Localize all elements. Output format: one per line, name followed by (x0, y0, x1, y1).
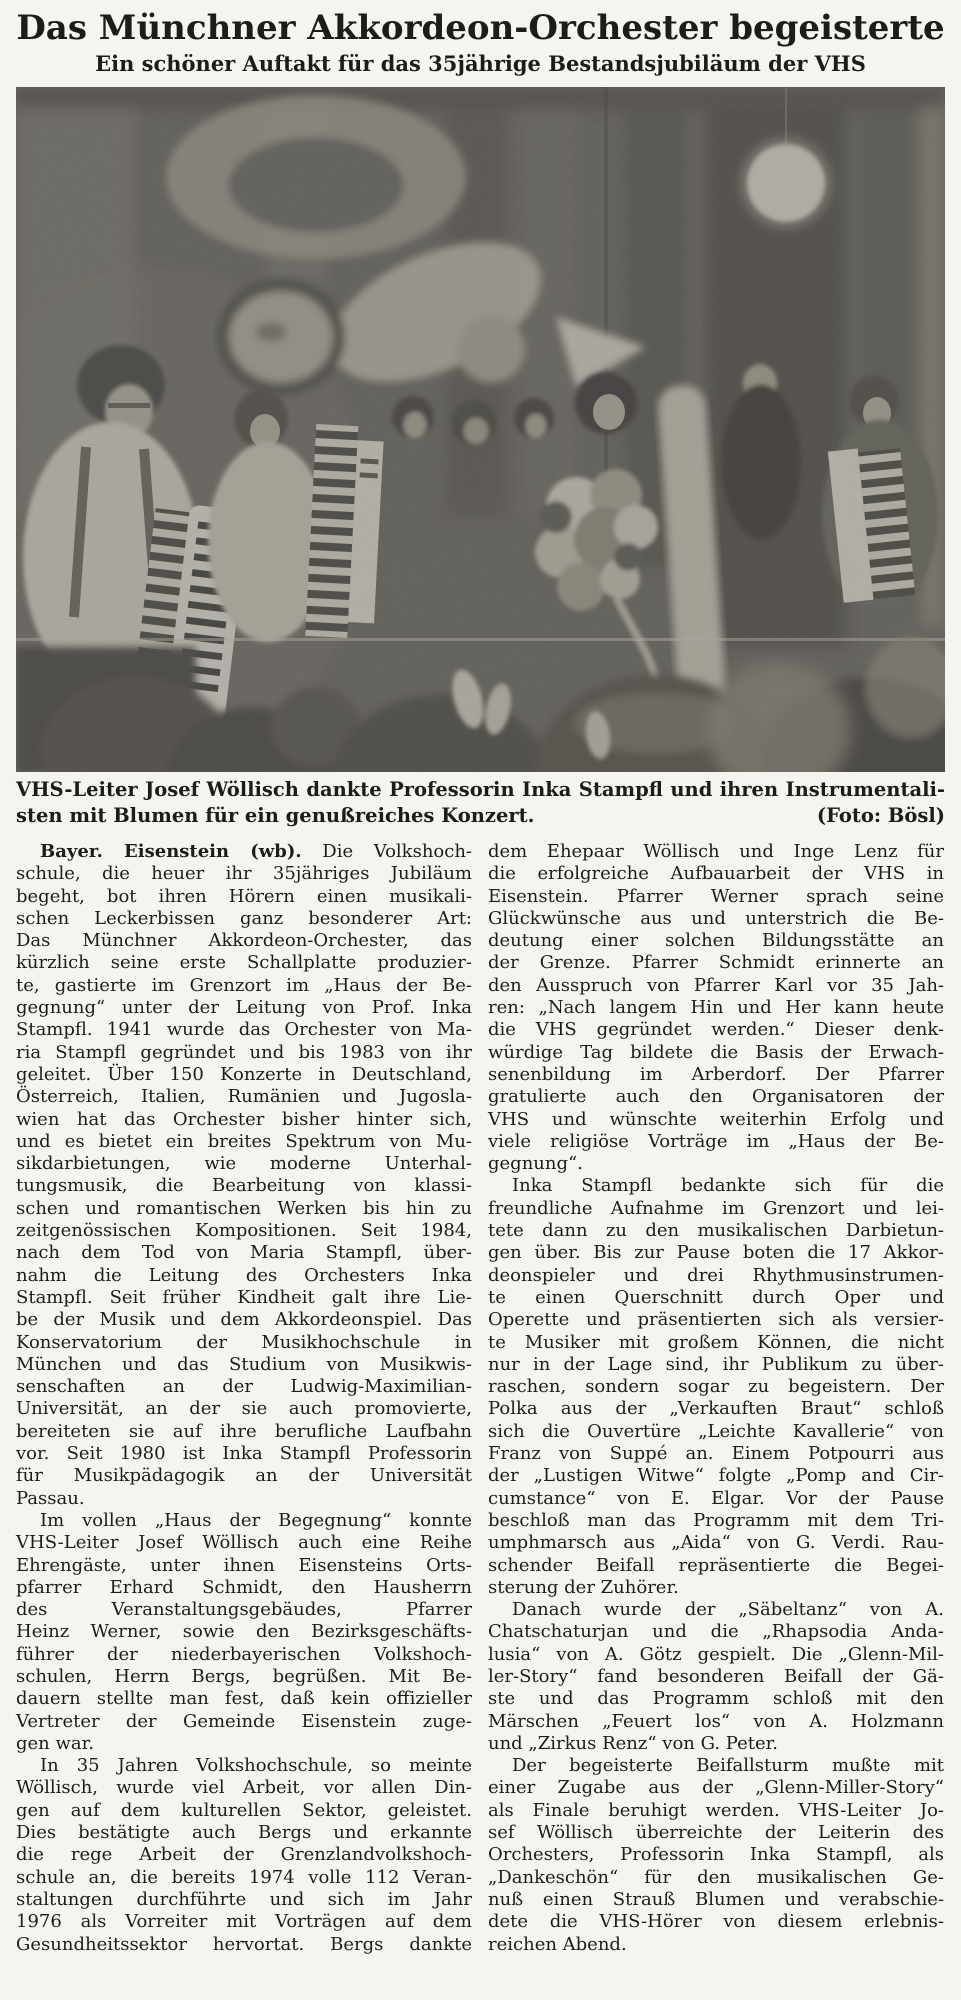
article-line: ria Stampfl gegründet und bis 1983 von i… (16, 1042, 472, 1064)
photo-caption: VHS-Leiter Josef Wöllisch dankte Profess… (16, 777, 945, 829)
dateline: Bayer. Eisenstein (wb). (40, 841, 302, 862)
article-line: nur in der Lage sind, ihr Publikum zu üb… (488, 1354, 944, 1376)
article-line: Ehrengäste, unter ihnen Eisensteins Orts… (16, 1555, 472, 1577)
article-line: schulen, Herrn Bergs, begrüßen. Mit Be- (16, 1666, 472, 1688)
article-line: nach dem Tod von Maria Stampfl, über- (16, 1242, 472, 1264)
article-line: cumstance“ von E. Elgar. Vor der Pause (488, 1488, 944, 1510)
newspaper-page: Das Münchner Akkordeon-Orchester begeist… (0, 0, 961, 1956)
article-line: Stampfl. 1941 wurde das Orchester von Ma… (16, 1019, 472, 1041)
article-line: für Musikpädagogik an der Universität (16, 1465, 472, 1487)
article-line: schule, die heuer ihr 35jähriges Jubiläu… (16, 863, 472, 885)
article-line: Eisenstein. Pfarrer Werner sprach seine (488, 886, 944, 908)
article-line: te einen Querschnitt durch Oper und (488, 1287, 944, 1309)
article-line: Glückwünsche aus und unterstrich die Be- (488, 908, 944, 930)
article-line: „Dankeschön“ für den musikalischen Ge- (488, 1867, 944, 1889)
article-line: Vertreter der Gemeinde Eisenstein zuge- (16, 1711, 472, 1733)
concert-photo-illustration (16, 87, 945, 772)
article-line: führer der niederbayerischen Volkshoch- (16, 1644, 472, 1666)
article-line: Bayer. Eisenstein (wb). Die Volkshoch- (16, 841, 472, 863)
article-line: tete dann zu den musikalischen Darbietun… (488, 1220, 944, 1242)
photo-caption-line2: sten mit Blumen für ein genußreiches Kon… (16, 803, 534, 829)
article-line: tungsmusik, die Bearbeitung von klassi- (16, 1175, 472, 1197)
article-line: der Grenze. Pfarrer Schmidt erinnerte an (488, 952, 944, 974)
article-line: Konservatorium der Musikhochschule in (16, 1332, 472, 1354)
article-line: Gesundheitssektor hervortat. Bergs dankt… (16, 1934, 472, 1956)
article-line: Operette und präsentierten sich als vers… (488, 1309, 944, 1331)
article-line: deonspieler und drei Rhythmusinstrumen- (488, 1265, 944, 1287)
article-line: schender Beifall repräsentierte die Bege… (488, 1555, 944, 1577)
article-line: VHS-Leiter Josef Wöllisch auch eine Reih… (16, 1532, 472, 1554)
article-line: staltungen durchführte und sich im Jahr (16, 1889, 472, 1911)
article-line: Österreich, Italien, Rumänien und Jugosl… (16, 1086, 472, 1108)
article-line: ren: „Nach langem Hin und Her kann heute (488, 997, 944, 1019)
article-line: dete die VHS-Hörer von diesem erlebnis- (488, 1911, 944, 1933)
article-line: lusia“ von A. Götz gespielt. Die „Glenn-… (488, 1644, 944, 1666)
article-line: VHS und wünschte weiterhin Erfolg und (488, 1109, 944, 1131)
article-line: Märschen „Feuert los“ von A. Holzmann (488, 1711, 944, 1733)
article-line: vor. Seit 1980 ist Inka Stampfl Professo… (16, 1443, 472, 1465)
article-line: Orchesters, Professorin Inka Stampfl, al… (488, 1844, 944, 1866)
article-line: begeht, bot ihren Hörern einen musikali- (16, 886, 472, 908)
article-line: be der Musik und dem Akkordeonspiel. Das (16, 1309, 472, 1331)
article-line: geleitet. Über 150 Konzerte in Deutschla… (16, 1064, 472, 1086)
article-line: Im vollen „Haus der Begegnung“ konnte (16, 1510, 472, 1532)
article-line: und „Zirkus Renz“ von G. Peter. (488, 1733, 944, 1755)
article-line: Chatschaturjan und die „Rhapsodia Anda- (488, 1621, 944, 1643)
article-line: die VHS gegründet werden.“ Dieser denk- (488, 1019, 944, 1041)
subheadline: Ein schöner Auftakt für das 35jährige Be… (16, 51, 945, 77)
article-line: pfarrer Erhard Schmidt, den Hausherrn (16, 1577, 472, 1599)
article-line: und es bietet ein breites Spektrum von M… (16, 1131, 472, 1153)
article-line: 1976 als Vorreiter mit Vorträgen auf dem (16, 1911, 472, 1933)
article-line: Franz von Suppé an. Einem Potpourri aus (488, 1443, 944, 1465)
article-line: Das Münchner Akkordeon-Orchester, das (16, 930, 472, 952)
article-line: Inka Stampfl bedankte sich für die (488, 1175, 944, 1197)
article-line: viele religiöse Vorträge im „Haus der Be… (488, 1131, 944, 1153)
article-line: Der begeisterte Beifallsturm mußte mit (488, 1755, 944, 1777)
article-column-left: Bayer. Eisenstein (wb). Die Volkshoch-sc… (16, 841, 472, 1956)
article-line: Wöllisch, wurde viel Arbeit, vor allen D… (16, 1777, 472, 1799)
article-line: sterung der Zuhörer. (488, 1577, 944, 1599)
article-line: den Ausspruch von Pfarrer Karl vor 35 Ja… (488, 975, 944, 997)
article-line: Passau. (16, 1488, 472, 1510)
article-line: schen Leckerbissen ganz besonderer Art: (16, 908, 472, 930)
article-line: ste und das Programm schloß mit den (488, 1688, 944, 1710)
article-line: Dies bestätigte auch Bergs und erkannte (16, 1822, 472, 1844)
article-line: zeitgenössischen Kompositionen. Seit 198… (16, 1220, 472, 1242)
article-line: gen auf dem kulturellen Sektor, geleiste… (16, 1800, 472, 1822)
article-line: raschen, sondern sogar zu begeistern. De… (488, 1376, 944, 1398)
article-line: Polka aus der „Verkauften Braut“ schloß (488, 1398, 944, 1420)
article-line: sef Wöllisch überreichte der Leiterin de… (488, 1822, 944, 1844)
article-line: die rege Arbeit der Grenzlandvolkshoch- (16, 1844, 472, 1866)
photo-caption-line1: VHS-Leiter Josef Wöllisch dankte Profess… (16, 777, 945, 803)
article-line: dem Ehepaar Wöllisch und Inge Lenz für (488, 841, 944, 863)
article-line: dauern stellte man fest, daß kein offizi… (16, 1688, 472, 1710)
article-line: schule an, die bereits 1974 volle 112 Ve… (16, 1867, 472, 1889)
article-line: des Veranstaltungsgebäudes, Pfarrer (16, 1599, 472, 1621)
article-line: Danach wurde der „Säbeltanz“ von A. (488, 1599, 944, 1621)
article-line: sikdarbietungen, wie moderne Unterhal- (16, 1153, 472, 1175)
article-line: deutung einer solchen Bildungsstätte an (488, 930, 944, 952)
article-line: te Musiker mit großem Können, die nicht (488, 1332, 944, 1354)
article-line: senschaften an der Ludwig-Maximilian- (16, 1376, 472, 1398)
article-line: gen über. Bis zur Pause boten die 17 Akk… (488, 1242, 944, 1264)
article-line: Stampfl. Seit früher Kindheit galt ihre … (16, 1287, 472, 1309)
article-line: die erfolgreiche Aufbauarbeit der VHS in (488, 863, 944, 885)
headline: Das Münchner Akkordeon-Orchester begeist… (16, 8, 945, 48)
article-line: München und das Studium von Musikwis- (16, 1354, 472, 1376)
article-line: ler-Story“ fand besonderen Beifall der G… (488, 1666, 944, 1688)
photo-credit: (Foto: Bösl) (817, 803, 945, 829)
article-line: reichen Abend. (488, 1934, 944, 1956)
article-line: Universität, an der sie auch promovierte… (16, 1398, 472, 1420)
article-line: würdige Tag bildete die Basis der Erwach… (488, 1042, 944, 1064)
article-line: bereiteten sie auf ihre berufliche Laufb… (16, 1421, 472, 1443)
article-line: senenbildung im Arberdorf. Der Pfarrer (488, 1064, 944, 1086)
article-line: Heinz Werner, sowie den Bezirksgeschäfts… (16, 1621, 472, 1643)
article-line: einer Zugabe aus der „Glenn-Miller-Story… (488, 1777, 944, 1799)
article-line: freundliche Aufnahme im Grenzort und lei… (488, 1198, 944, 1220)
article-line: gegnung“. (488, 1153, 944, 1175)
article-line: als Finale beruhigt werden. VHS-Leiter J… (488, 1800, 944, 1822)
article-line: schen und romantischen Werken bis hin zu (16, 1198, 472, 1220)
article-line: gen war. (16, 1733, 472, 1755)
article-line: umphmarsch aus „Aida“ von G. Verdi. Rau- (488, 1532, 944, 1554)
article-line: sich die Ouvertüre „Leichte Kavallerie“ … (488, 1421, 944, 1443)
article-line: gratulierte auch den Organisatoren der (488, 1086, 944, 1108)
article-line: nuß einen Strauß Blumen und verabschie- (488, 1889, 944, 1911)
photo-caption-line2-row: sten mit Blumen für ein genußreiches Kon… (16, 803, 945, 829)
article-line: nahm die Leitung des Orchesters Inka (16, 1265, 472, 1287)
article-body: Bayer. Eisenstein (wb). Die Volkshoch-sc… (16, 841, 945, 1956)
article-line: kürzlich seine erste Schallplatte produz… (16, 952, 472, 974)
article-line: der „Lustigen Witwe“ folgte „Pomp and Ci… (488, 1465, 944, 1487)
article-line: te, gastierte im Grenzort im „Haus der B… (16, 975, 472, 997)
article-line: gegnung“ unter der Leitung von Prof. Ink… (16, 997, 472, 1019)
article-line: wien hat das Orchester bisher hinter sic… (16, 1109, 472, 1131)
article-column-right: dem Ehepaar Wöllisch und Inge Lenz fürdi… (488, 841, 944, 1956)
article-line: beschloß man das Programm mit dem Tri- (488, 1510, 944, 1532)
concert-photo (16, 87, 945, 772)
article-line: In 35 Jahren Volkshochschule, so meinte (16, 1755, 472, 1777)
